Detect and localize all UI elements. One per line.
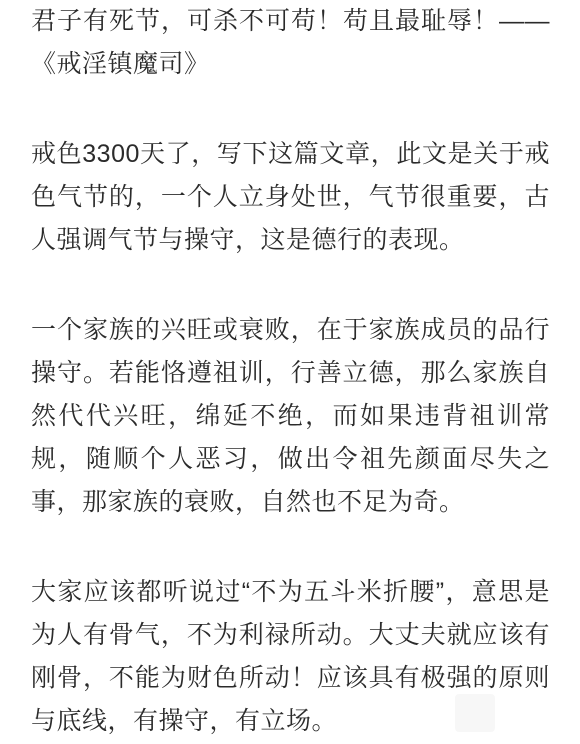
- paragraph-opening-quote: 君子有死节，可杀不可苟！苟且最耻辱！——《戒淫镇魔司》: [31, 0, 550, 86]
- paragraph-intro: 戒色3300天了，写下这篇文章，此文是关于戒色气节的，一个人立身处世，气节很重要…: [31, 133, 550, 262]
- article-page: 君子有死节，可杀不可苟！苟且最耻辱！——《戒淫镇魔司》 戒色3300天了，写下这…: [0, 0, 580, 744]
- paragraph-integrity: 大家应该都听说过“不为五斗米折腰”，意思是为人有骨气，不为利禄所动。大丈夫就应该…: [31, 571, 550, 743]
- paragraph-family-virtue: 一个家族的兴旺或衰败，在于家族成员的品行操守。若能恪遵祖训，行善立德，那么家族自…: [31, 309, 550, 524]
